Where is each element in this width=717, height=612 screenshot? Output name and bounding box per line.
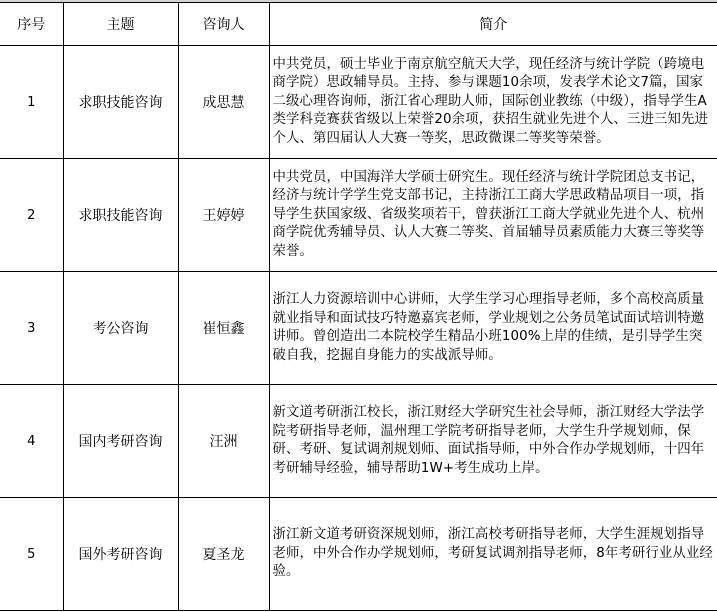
header-topic: 主题 [63, 3, 178, 46]
row-topic: 求职技能咨询 [63, 159, 178, 272]
row-topic: 国外考研咨询 [63, 498, 178, 611]
header-index: 序号 [0, 3, 63, 46]
row-index: 3 [0, 272, 63, 385]
row-consultant: 崔恒鑫 [178, 272, 269, 385]
table-row: 4 国内考研咨询 汪洲 新文道考研浙江校长，浙江财经大学研究生社会导师，浙江财经… [0, 385, 717, 498]
row-intro: 中共党员，硕士毕业于南京航空航天大学，现任经济与统计学院（跨境电商学院）思政辅导… [269, 46, 717, 159]
row-consultant: 成思慧 [178, 46, 269, 159]
table-row: 5 国外考研咨询 夏圣龙 浙江新文道考研资深规划师，浙江高校考研指导老师，大学生… [0, 498, 717, 611]
header-consultant: 咨询人 [178, 3, 269, 46]
header-row: 序号 主题 咨询人 简介 [0, 3, 717, 46]
row-topic: 国内考研咨询 [63, 385, 178, 498]
row-consultant: 王婷婷 [178, 159, 269, 272]
row-consultant: 夏圣龙 [178, 498, 269, 611]
row-index: 4 [0, 385, 63, 498]
consultant-table: 序号 主题 咨询人 简介 1 求职技能咨询 成思慧 中共党员，硕士毕业于南京航空… [0, 2, 717, 611]
row-consultant: 汪洲 [178, 385, 269, 498]
table-row: 2 求职技能咨询 王婷婷 中共党员，中国海洋大学硕士研究生。现任经济与统计学院团… [0, 159, 717, 272]
row-index: 5 [0, 498, 63, 611]
header-intro: 简介 [269, 3, 717, 46]
table-row: 3 考公咨询 崔恒鑫 浙江人力资源培训中心讲师，大学生学习心理指导老师，多个高校… [0, 272, 717, 385]
row-topic: 求职技能咨询 [63, 46, 178, 159]
table-row: 1 求职技能咨询 成思慧 中共党员，硕士毕业于南京航空航天大学，现任经济与统计学… [0, 46, 717, 159]
row-topic: 考公咨询 [63, 272, 178, 385]
row-intro: 中共党员，中国海洋大学硕士研究生。现任经济与统计学院团总支书记，经济与统计学学生… [269, 159, 717, 272]
row-intro: 新文道考研浙江校长，浙江财经大学研究生社会导师，浙江财经大学法学院考研指导老师，… [269, 385, 717, 498]
row-index: 2 [0, 159, 63, 272]
row-intro: 浙江人力资源培训中心讲师，大学生学习心理指导老师，多个高校高质量就业指导和面试技… [269, 272, 717, 385]
row-index: 1 [0, 46, 63, 159]
row-intro: 浙江新文道考研资深规划师，浙江高校考研指导老师，大学生涯规划指导老师，中外合作办… [269, 498, 717, 611]
